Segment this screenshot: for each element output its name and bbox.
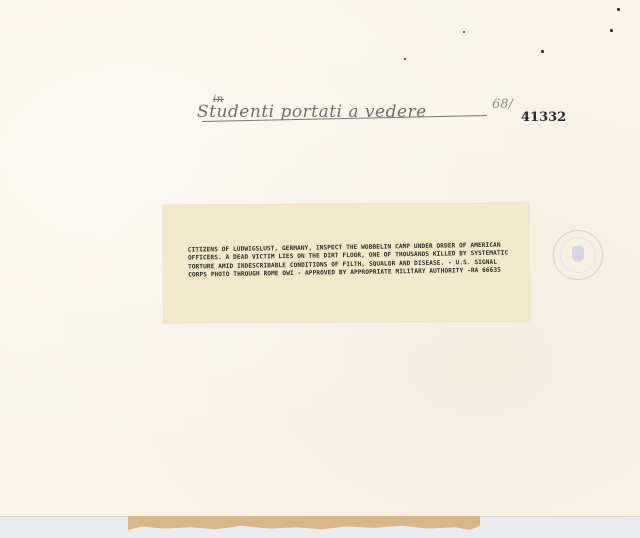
caption-slip: CITIZENS OF LUDWIGSLUST, GERMANY, INSPEC… [163, 203, 530, 323]
ink-speck [463, 31, 465, 33]
ink-speck [541, 50, 544, 53]
ink-speck [617, 8, 620, 11]
ink-speck [404, 58, 406, 60]
ink-speck [610, 29, 613, 32]
photo-back-sheet: in Studenti portati a vedere 68/ 41332 C… [0, 0, 640, 517]
circular-ink-stamp-icon [553, 230, 603, 280]
stamp-emblem-icon [572, 246, 584, 262]
caption-text: CITIZENS OF LUDWIGSLUST, GERMANY, INSPEC… [188, 241, 528, 280]
pencil-number: 68/ [492, 97, 513, 112]
torn-paper-stub [128, 516, 480, 530]
catalog-number: 41332 [521, 110, 566, 125]
handwritten-insertion: in [213, 94, 224, 105]
